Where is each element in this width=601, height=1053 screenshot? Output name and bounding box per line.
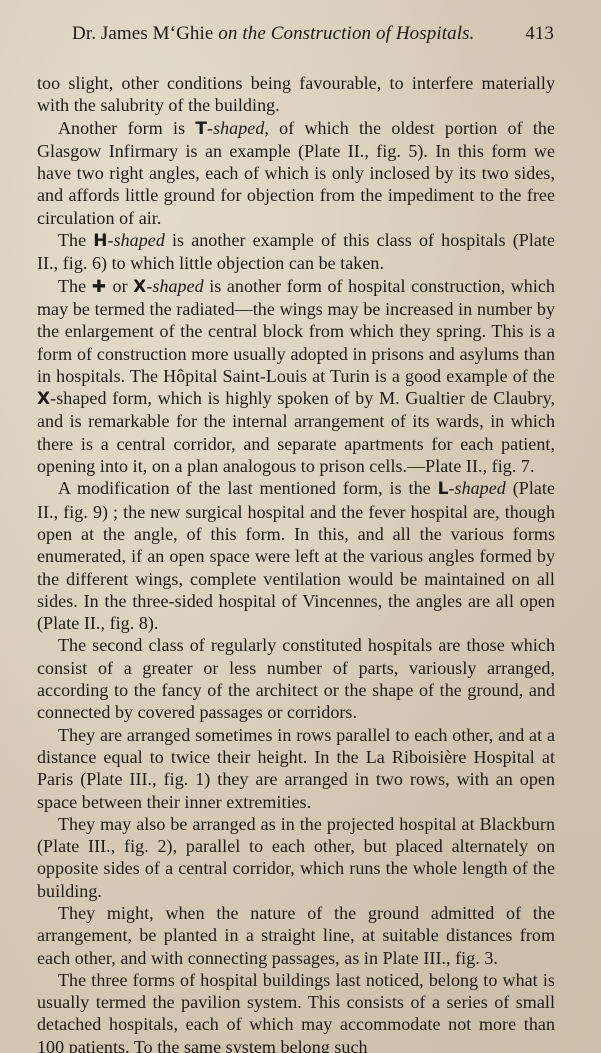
- paragraph: A modification of the last mentioned for…: [37, 477, 555, 634]
- text-run: -shaped form, which is highly spoken of …: [37, 388, 555, 476]
- header-title-italic: on the Construction of Hospitals.: [218, 23, 474, 44]
- text-run: The three forms of hospital buildings la…: [37, 970, 555, 1053]
- paragraph: The H-shaped is another example of this …: [37, 229, 555, 275]
- text-run: They may also be arranged as in the proj…: [37, 814, 555, 901]
- text-run: They might, when the nature of the groun…: [37, 903, 555, 968]
- text-run: The second class of regularly constitute…: [37, 635, 555, 722]
- shape-symbol: X: [133, 277, 146, 297]
- paragraph: Another form is T-shaped, of which the o…: [37, 117, 555, 229]
- header-title: Dr. James M‘Ghie on the Construction of …: [72, 22, 474, 46]
- text-run: A modification of the last mentioned for…: [58, 478, 438, 498]
- italic-text: -shaped: [448, 478, 505, 498]
- shape-symbol: ✚: [92, 277, 107, 297]
- shape-symbol: H: [93, 231, 107, 251]
- shape-symbol: L: [438, 479, 449, 499]
- text-run: Another form is: [58, 118, 195, 138]
- text-run: The: [58, 276, 92, 296]
- header-author: Dr. James M‘Ghie: [72, 23, 213, 44]
- text-run: The: [58, 230, 93, 250]
- italic-text: -shaped: [146, 276, 203, 296]
- paragraph: The three forms of hospital buildings la…: [37, 969, 555, 1053]
- text-run: too slight, other conditions being favou…: [37, 73, 555, 115]
- text-run: (Plate II., fig. 9) ; the new surgical h…: [37, 478, 555, 633]
- shape-symbol: T: [195, 119, 207, 139]
- body-text: too slight, other conditions being favou…: [37, 72, 555, 1053]
- running-header: Dr. James M‘Ghie on the Construction of …: [72, 22, 554, 46]
- paragraph: They might, when the nature of the groun…: [37, 902, 555, 969]
- paragraph: They may also be arranged as in the proj…: [37, 813, 555, 902]
- paragraph: too slight, other conditions being favou…: [37, 72, 555, 117]
- book-page: Dr. James M‘Ghie on the Construction of …: [0, 0, 601, 1053]
- text-run: or: [107, 276, 133, 296]
- text-run: They are arranged sometimes in rows para…: [37, 725, 555, 812]
- italic-text: -shaped: [207, 118, 264, 138]
- paragraph: They are arranged sometimes in rows para…: [37, 724, 555, 813]
- italic-text: -shaped: [108, 230, 165, 250]
- paragraph: The ✚ or X-shaped is another form of hos…: [37, 275, 555, 478]
- paragraph: The second class of regularly constitute…: [37, 634, 555, 723]
- page-number: 413: [525, 22, 554, 46]
- shape-symbol: X: [37, 389, 50, 409]
